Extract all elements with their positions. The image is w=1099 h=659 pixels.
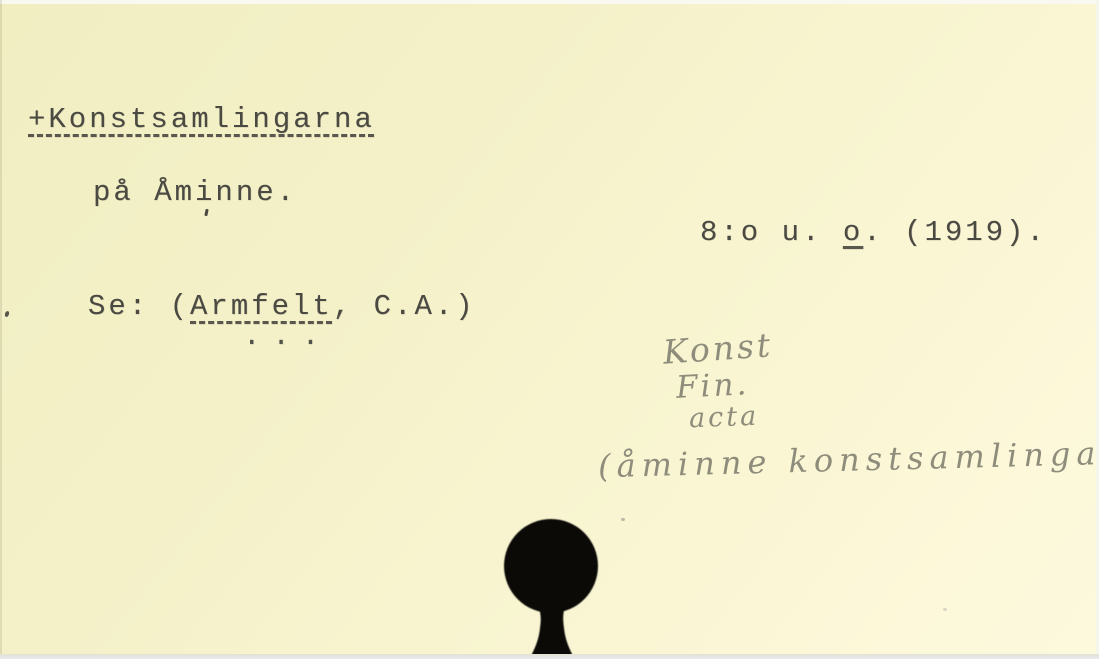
see-reference-pre: Se: (	[88, 290, 190, 323]
punch-hole	[498, 514, 608, 659]
handwritten-note-fin: Fin.	[675, 366, 750, 406]
catalog-card-scan: +Konstsamlingarna på Åminne. 8:o u. o. (…	[0, 0, 1099, 659]
see-reference-name: Armfelt	[190, 290, 333, 323]
scan-edge-left	[0, 0, 2, 659]
see-reference-line: Se: (Armfelt, C.A.)	[88, 290, 476, 323]
handwritten-note-konst: Konst	[662, 325, 775, 372]
scan-speck	[943, 608, 947, 611]
scan-speck	[621, 518, 625, 521]
handwritten-note-aminne-konstsamlingar: (åminne konstsamlingar>	[598, 433, 1099, 486]
card-heading: +Konstsamlingarna	[28, 103, 375, 136]
see-reference-post: , C.A.)	[333, 290, 476, 323]
scan-speck	[4, 310, 10, 317]
imprint-underlined-o: o	[843, 216, 863, 249]
handwritten-note-acta: acta	[688, 401, 759, 434]
card-subheading: på Åminne.	[93, 176, 297, 209]
imprint-line: 8:o u. o. (1919).	[700, 216, 1047, 249]
ellipsis-marks: ...	[243, 320, 331, 353]
imprint-post: . (1919).	[863, 216, 1047, 249]
imprint-pre: 8:o u.	[700, 216, 843, 249]
stray-typed-mark	[204, 209, 208, 216]
scan-edge-top	[0, 0, 1099, 4]
scan-edge-bottom	[0, 654, 1099, 659]
